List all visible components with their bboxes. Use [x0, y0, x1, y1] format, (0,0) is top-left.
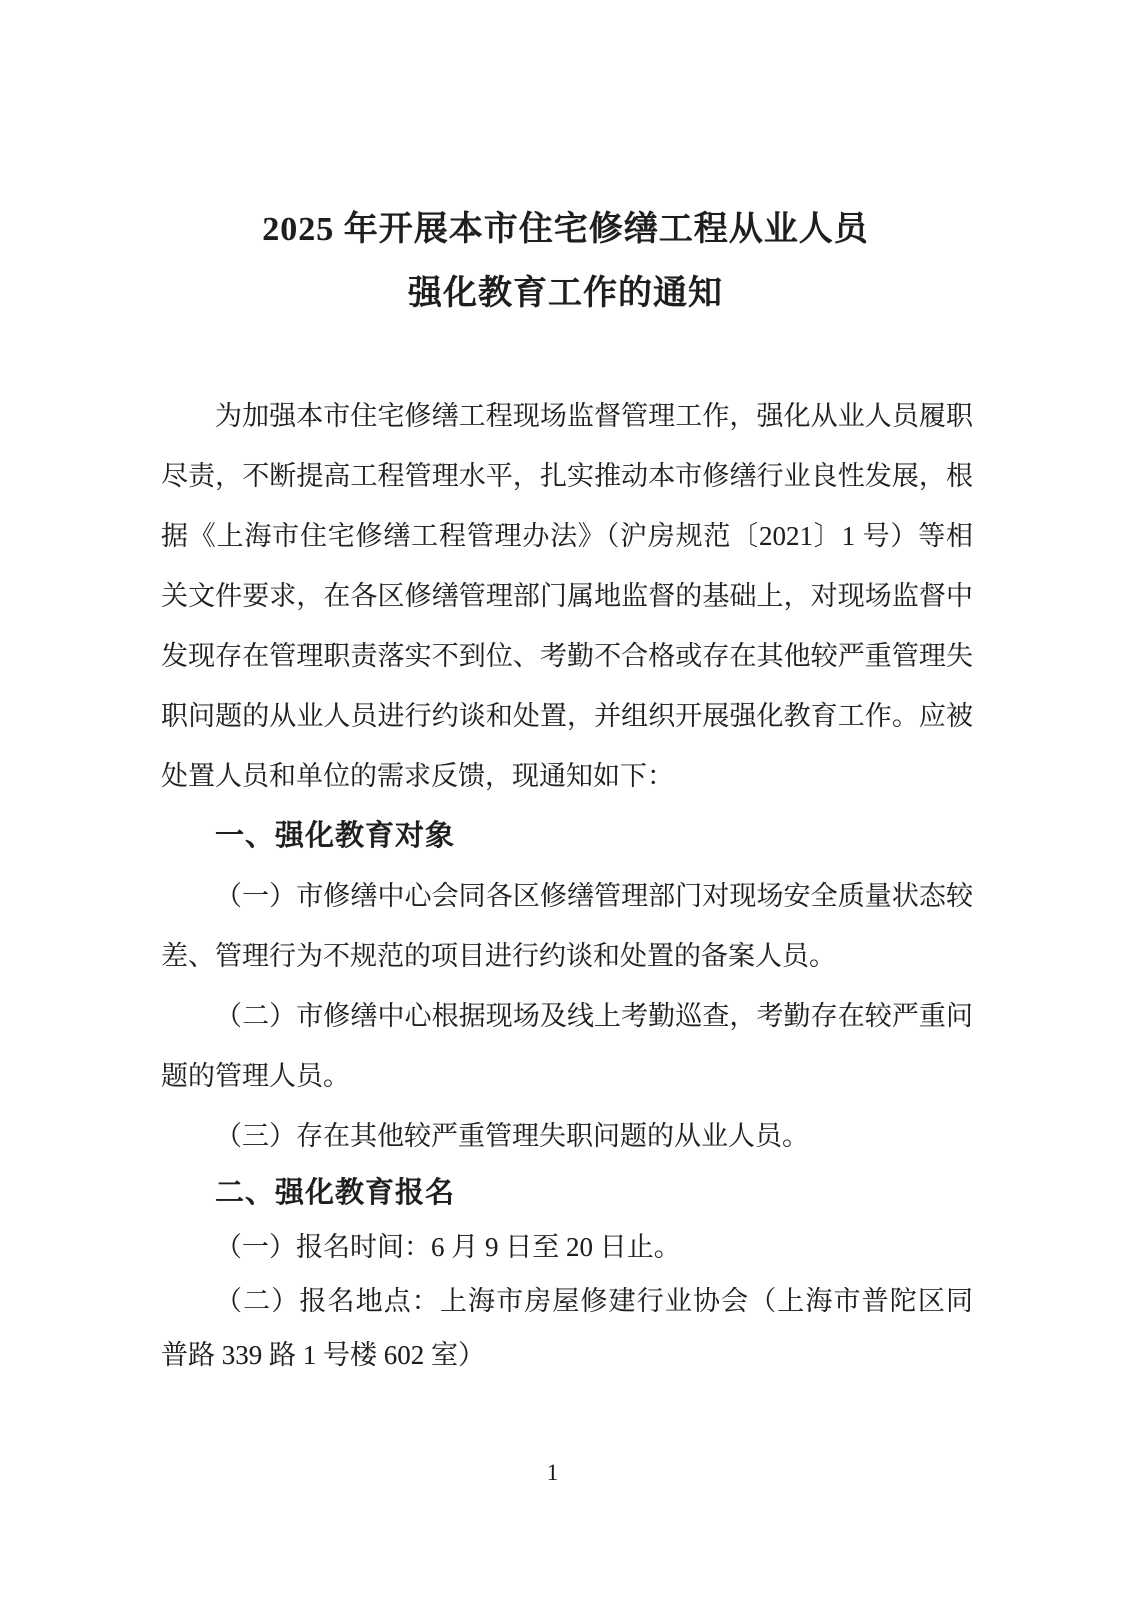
section1-item1-line: （一）市修缮中心会同各区修缮管理部门对现场安全质量状态较 [161, 866, 973, 926]
document-title-line2: 强化教育工作的通知 [0, 262, 1131, 326]
page-number: 1 [0, 1460, 1105, 1486]
section2-heading: 二、强化教育报名 [161, 1166, 973, 1220]
section2-item2-line: 普路 339 路 1 号楼 602 室） [161, 1328, 973, 1382]
document-page: 2025 年开展本市住宅修缮工程从业人员 强化教育工作的通知 为加强本市住宅修缮… [0, 0, 1131, 1600]
paragraph1-line: 为加强本市住宅修缮工程现场监督管理工作，强化从业人员履职 [161, 386, 973, 446]
section1-item2-line: （二）市修缮中心根据现场及线上考勤巡查，考勤存在较严重问 [161, 986, 973, 1046]
section2-item2-line: （二）报名地点：上海市房屋修建行业协会（上海市普陀区同 [161, 1274, 973, 1328]
section1-item3-line: （三）存在其他较严重管理失职问题的从业人员。 [161, 1106, 973, 1166]
document-title-line1: 2025 年开展本市住宅修缮工程从业人员 [0, 198, 1131, 262]
paragraph1-line: 尽责，不断提高工程管理水平，扎实推动本市修缮行业良性发展，根 [161, 446, 973, 506]
paragraph1-line: 职问题的从业人员进行约谈和处置，并组织开展强化教育工作。应被 [161, 686, 973, 746]
section1-item1-line: 差、管理行为不规范的项目进行约谈和处置的备案人员。 [161, 926, 973, 986]
section2-item1-line: （一）报名时间：6 月 9 日至 20 日止。 [161, 1220, 973, 1274]
paragraph1-line: 关文件要求，在各区修缮管理部门属地监督的基础上，对现场监督中 [161, 566, 973, 626]
document-title: 2025 年开展本市住宅修缮工程从业人员 强化教育工作的通知 [0, 198, 1131, 326]
paragraph1-line: 据《上海市住宅修缮工程管理办法》（沪房规范〔2021〕1 号）等相 [161, 506, 973, 566]
section1-heading: 一、强化教育对象 [161, 806, 973, 866]
section1-item2-line: 题的管理人员。 [161, 1046, 973, 1106]
document-body: 为加强本市住宅修缮工程现场监督管理工作，强化从业人员履职 尽责，不断提高工程管理… [161, 386, 973, 1382]
paragraph1-line: 发现存在管理职责落实不到位、考勤不合格或存在其他较严重管理失 [161, 626, 973, 686]
paragraph1-line: 处置人员和单位的需求反馈，现通知如下： [161, 746, 973, 806]
